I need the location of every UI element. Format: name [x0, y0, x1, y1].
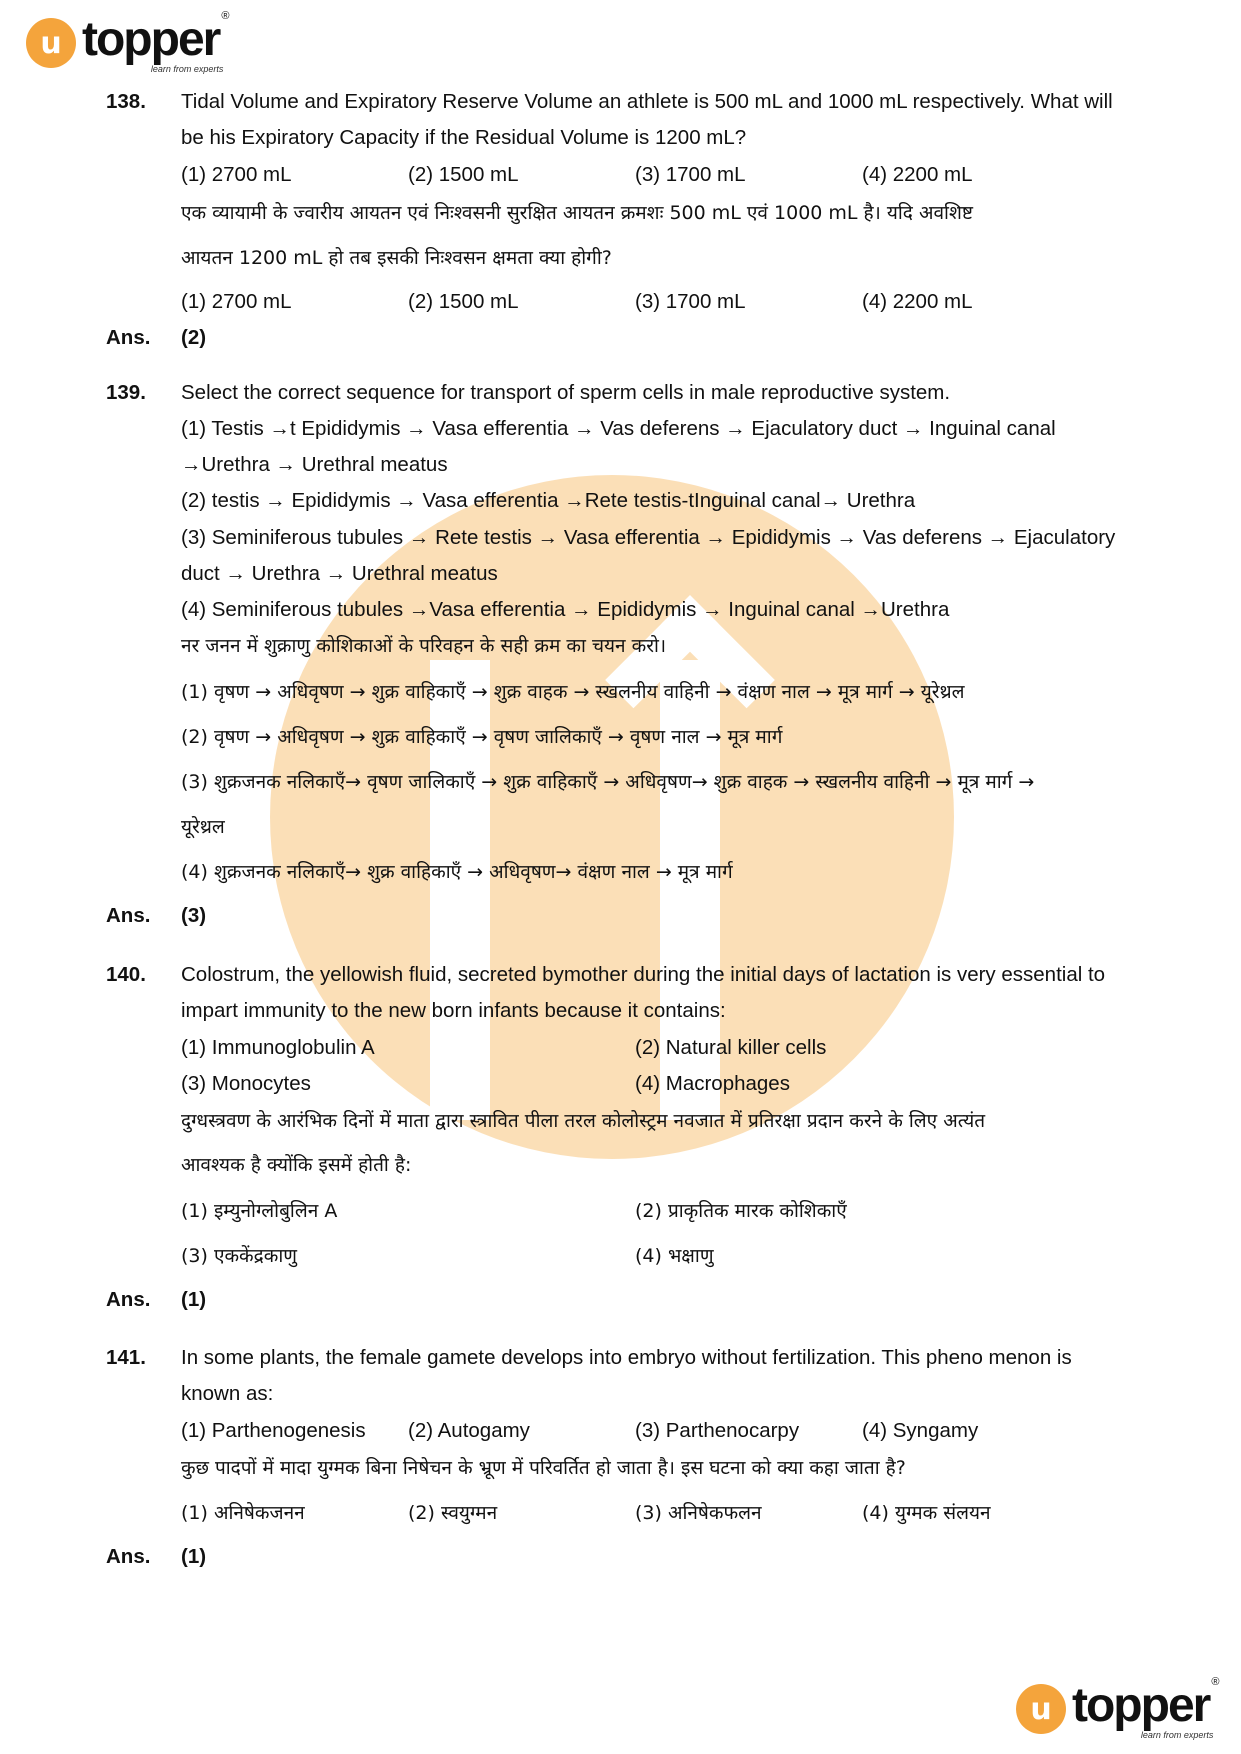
question-number: 140.: [106, 962, 146, 988]
registered-mark: ®: [221, 10, 229, 22]
answer-label: Ans.: [106, 1544, 150, 1570]
question-number: 138.: [106, 89, 146, 115]
brand-name: topper: [1072, 1680, 1209, 1732]
option-hindi: (3) अनिषेकफलन: [635, 1500, 762, 1526]
option: (1) 2700 mL: [181, 162, 292, 188]
option-hindi: (3) शुक्रजनक नलिकाएँ→ वृषण जालिकाएँ → शु…: [181, 769, 1034, 795]
question-text-hindi: दुग्धस्त्रवण के आरंभिक दिनों में माता द्…: [181, 1108, 985, 1134]
question-text: Tidal Volume and Expiratory Reserve Volu…: [181, 89, 1113, 115]
brand-tagline: learn from experts: [151, 64, 224, 74]
option-hindi: (4) युग्मक संलयन: [862, 1500, 991, 1526]
answer-value: (1): [181, 1544, 206, 1570]
option: (2) Natural killer cells: [635, 1035, 826, 1061]
topper-logo-icon: u: [26, 18, 76, 68]
header-logo: u topper ® learn from experts: [26, 14, 229, 68]
option: (2) Autogamy: [408, 1418, 530, 1444]
question-text: In some plants, the female gamete develo…: [181, 1345, 1072, 1371]
question-text-hindi: आयतन 1200 mL हो तब इसकी निःश्वसन क्षमता …: [181, 245, 612, 271]
option: (1) Immunoglobulin A: [181, 1035, 375, 1061]
option: (3) Parthenocarpy: [635, 1418, 799, 1444]
option: duct → Urethra → Urethral meatus: [181, 561, 498, 587]
option-hindi: (4) शुक्रजनक नलिकाएँ→ शुक्र वाहिकाएँ → अ…: [181, 859, 733, 885]
brand-name: topper: [82, 14, 219, 66]
question-text: Colostrum, the yellowish fluid, secreted…: [181, 962, 1105, 988]
option: (3) Monocytes: [181, 1071, 311, 1097]
option-hindi: (3) 1700 mL: [635, 289, 746, 315]
option: (3) Seminiferous tubules → Rete testis →…: [181, 525, 1115, 551]
option: (4) 2200 mL: [862, 162, 973, 188]
answer-value: (3): [181, 903, 206, 929]
option: (4) Macrophages: [635, 1071, 790, 1097]
option: (4) Syngamy: [862, 1418, 978, 1444]
option-hindi: (4) 2200 mL: [862, 289, 973, 315]
option-hindi: (1) अनिषेकजनन: [181, 1500, 305, 1526]
brand-tagline: learn from experts: [1141, 1730, 1214, 1740]
option-hindi: (3) एककेंद्रकाणु: [181, 1243, 297, 1269]
question-text: known as:: [181, 1381, 273, 1407]
option-hindi: (2) वृषण → अधिवृषण → शुक्र वाहिकाएँ → वृ…: [181, 724, 782, 750]
question-text-hindi: आवश्यक है क्योंकि इसमें होती है:: [181, 1152, 411, 1178]
answer-label: Ans.: [106, 903, 150, 929]
option-hindi: (1) वृषण → अधिवृषण → शुक्र वाहिकाएँ → शु…: [181, 679, 965, 705]
question-text-hindi: एक व्यायामी के ज्वारीय आयतन एवं निःश्वसन…: [181, 200, 973, 226]
answer-label: Ans.: [106, 325, 150, 351]
registered-mark: ®: [1211, 1676, 1219, 1688]
option: (4) Seminiferous tubules →Vasa efferenti…: [181, 597, 949, 623]
footer-logo: u topper ® learn from experts: [1016, 1680, 1219, 1734]
option: (2) testis → Epididymis → Vasa efferenti…: [181, 488, 915, 514]
option-hindi: (2) स्वयुग्मन: [408, 1500, 497, 1526]
question-text: Select the correct sequence for transpor…: [181, 380, 950, 406]
answer-value: (1): [181, 1287, 206, 1313]
answer-label: Ans.: [106, 1287, 150, 1313]
option-hindi: यूरेथ्रल: [181, 814, 225, 840]
option-hindi: (1) इम्युनोग्लोबुलिन A: [181, 1198, 337, 1224]
question-text: impart immunity to the new born infants …: [181, 998, 726, 1024]
option: (1) Parthenogenesis: [181, 1418, 366, 1444]
option: (3) 1700 mL: [635, 162, 746, 188]
question-number: 139.: [106, 380, 146, 406]
option: (1) Testis →t Epididymis → Vasa efferent…: [181, 416, 1056, 442]
question-text: be his Expiratory Capacity if the Residu…: [181, 125, 746, 151]
option-hindi: (2) प्राकृतिक मारक कोशिकाएँ: [635, 1198, 847, 1224]
question-text-hindi: कुछ पादपों में मादा युग्मक बिना निषेचन क…: [181, 1455, 906, 1481]
question-text-hindi: नर जनन में शुक्राणु कोशिकाओं के परिवहन क…: [181, 633, 666, 659]
option: (2) 1500 mL: [408, 162, 519, 188]
topper-logo-icon: u: [1016, 1684, 1066, 1734]
option-hindi: (1) 2700 mL: [181, 289, 292, 315]
option: →Urethra → Urethral meatus: [181, 452, 448, 478]
question-number: 141.: [106, 1345, 146, 1371]
option-hindi: (2) 1500 mL: [408, 289, 519, 315]
option-hindi: (4) भक्षाणु: [635, 1243, 714, 1269]
answer-value: (2): [181, 325, 206, 351]
